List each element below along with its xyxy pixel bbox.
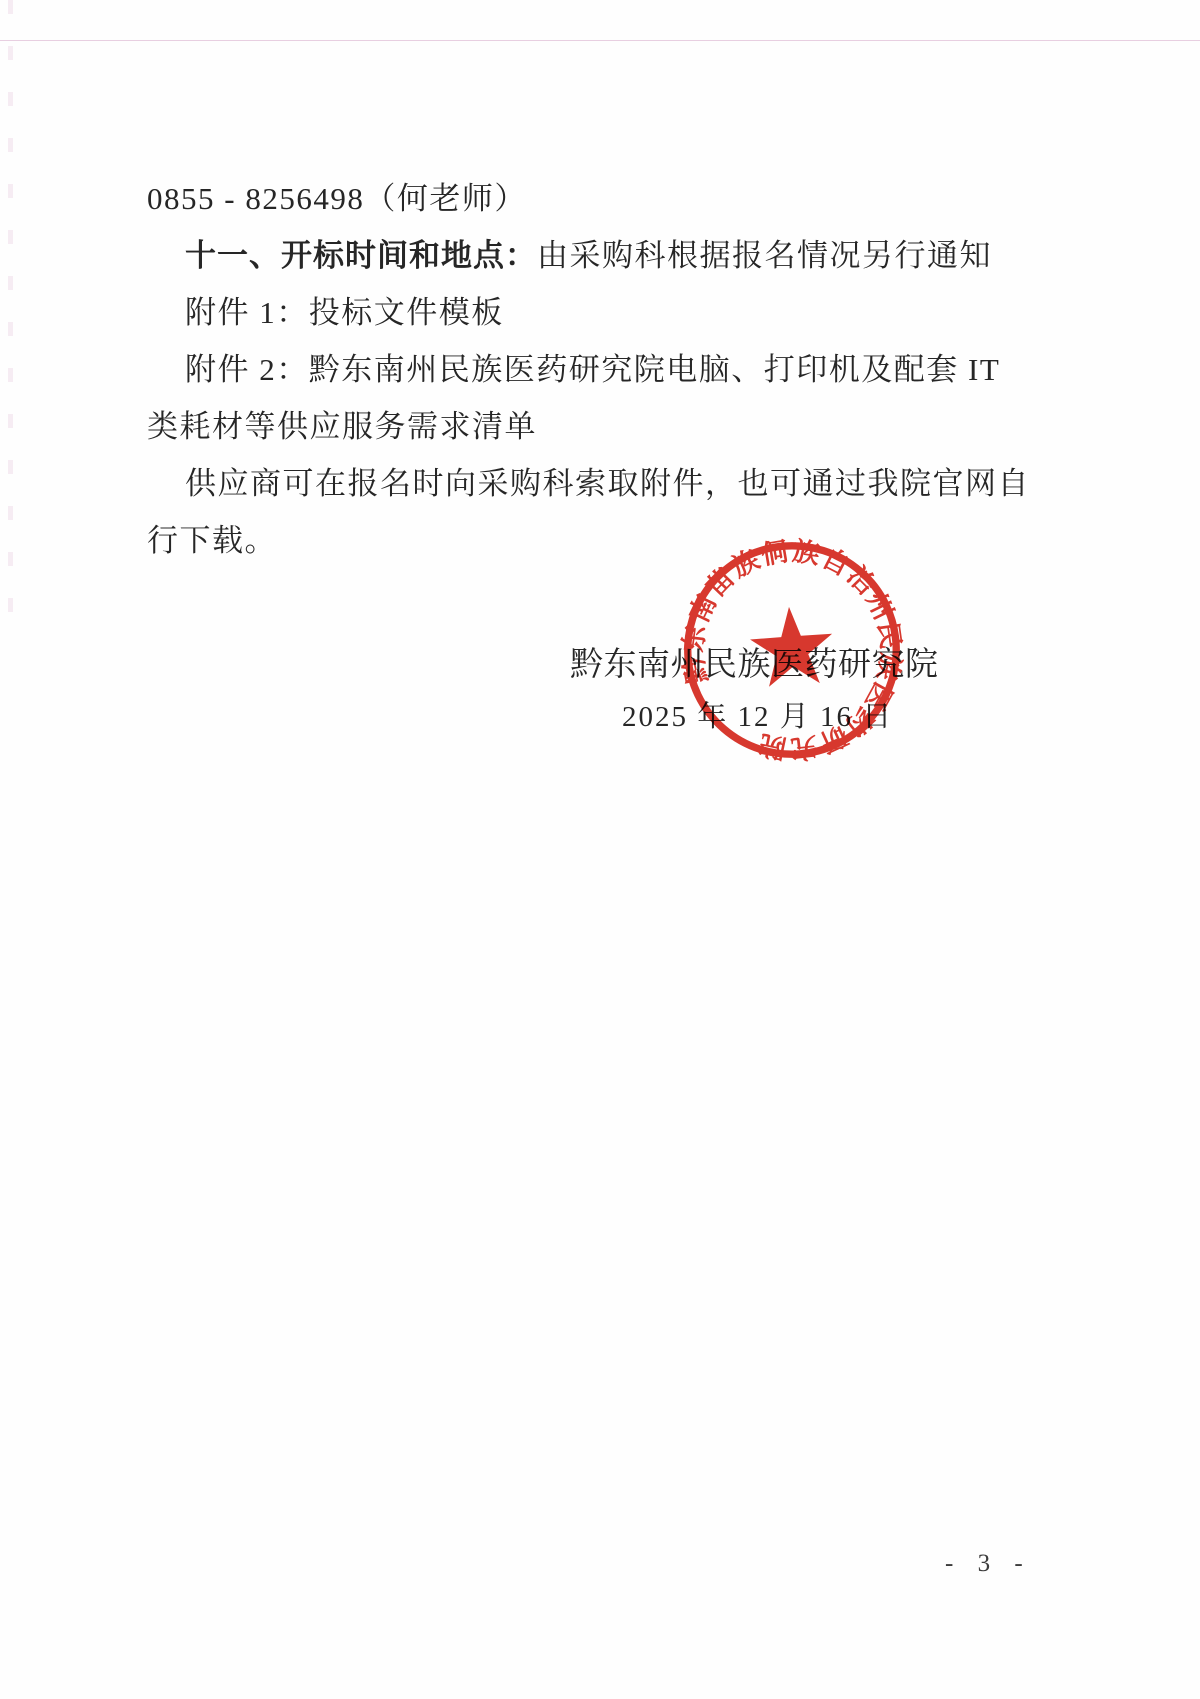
page-number: - 3 -: [945, 1550, 1032, 1578]
star-icon: [748, 604, 835, 688]
section-heading-bold: 十一、开标时间和地点：: [185, 238, 537, 273]
supplier-note-line: 供应商可在报名时向采购科索取附件，也可通过我院官网自: [185, 465, 1030, 502]
document-page: 0855 - 8256498（何老师） 十一、开标时间和地点：由采购科根据报名情…: [0, 0, 1200, 1699]
phone-line: 0855 - 8256498（何老师）: [147, 180, 527, 217]
attachment-2-line: 附件 2：黔东南州民族医药研究院电脑、打印机及配套 IT: [185, 351, 1000, 388]
section-heading-line: 十一、开标时间和地点：由采购科根据报名情况另行通知: [185, 237, 992, 274]
scan-artifact-left-edge: [8, 0, 13, 640]
attachment-1-line: 附件 1：投标文件模板: [185, 294, 504, 331]
supplier-note-continuation: 行下载。: [147, 522, 277, 559]
attachment-2-continuation: 类耗材等供应服务需求清单: [147, 408, 537, 445]
section-heading-text: 由采购科根据报名情况另行通知: [537, 238, 992, 273]
official-seal: 黔东南苗族侗族自治州民族医药研究院: [666, 524, 918, 776]
official-seal-graphic: 黔东南苗族侗族自治州民族医药研究院: [666, 524, 918, 776]
scan-artifact-top-line: [0, 40, 1200, 41]
